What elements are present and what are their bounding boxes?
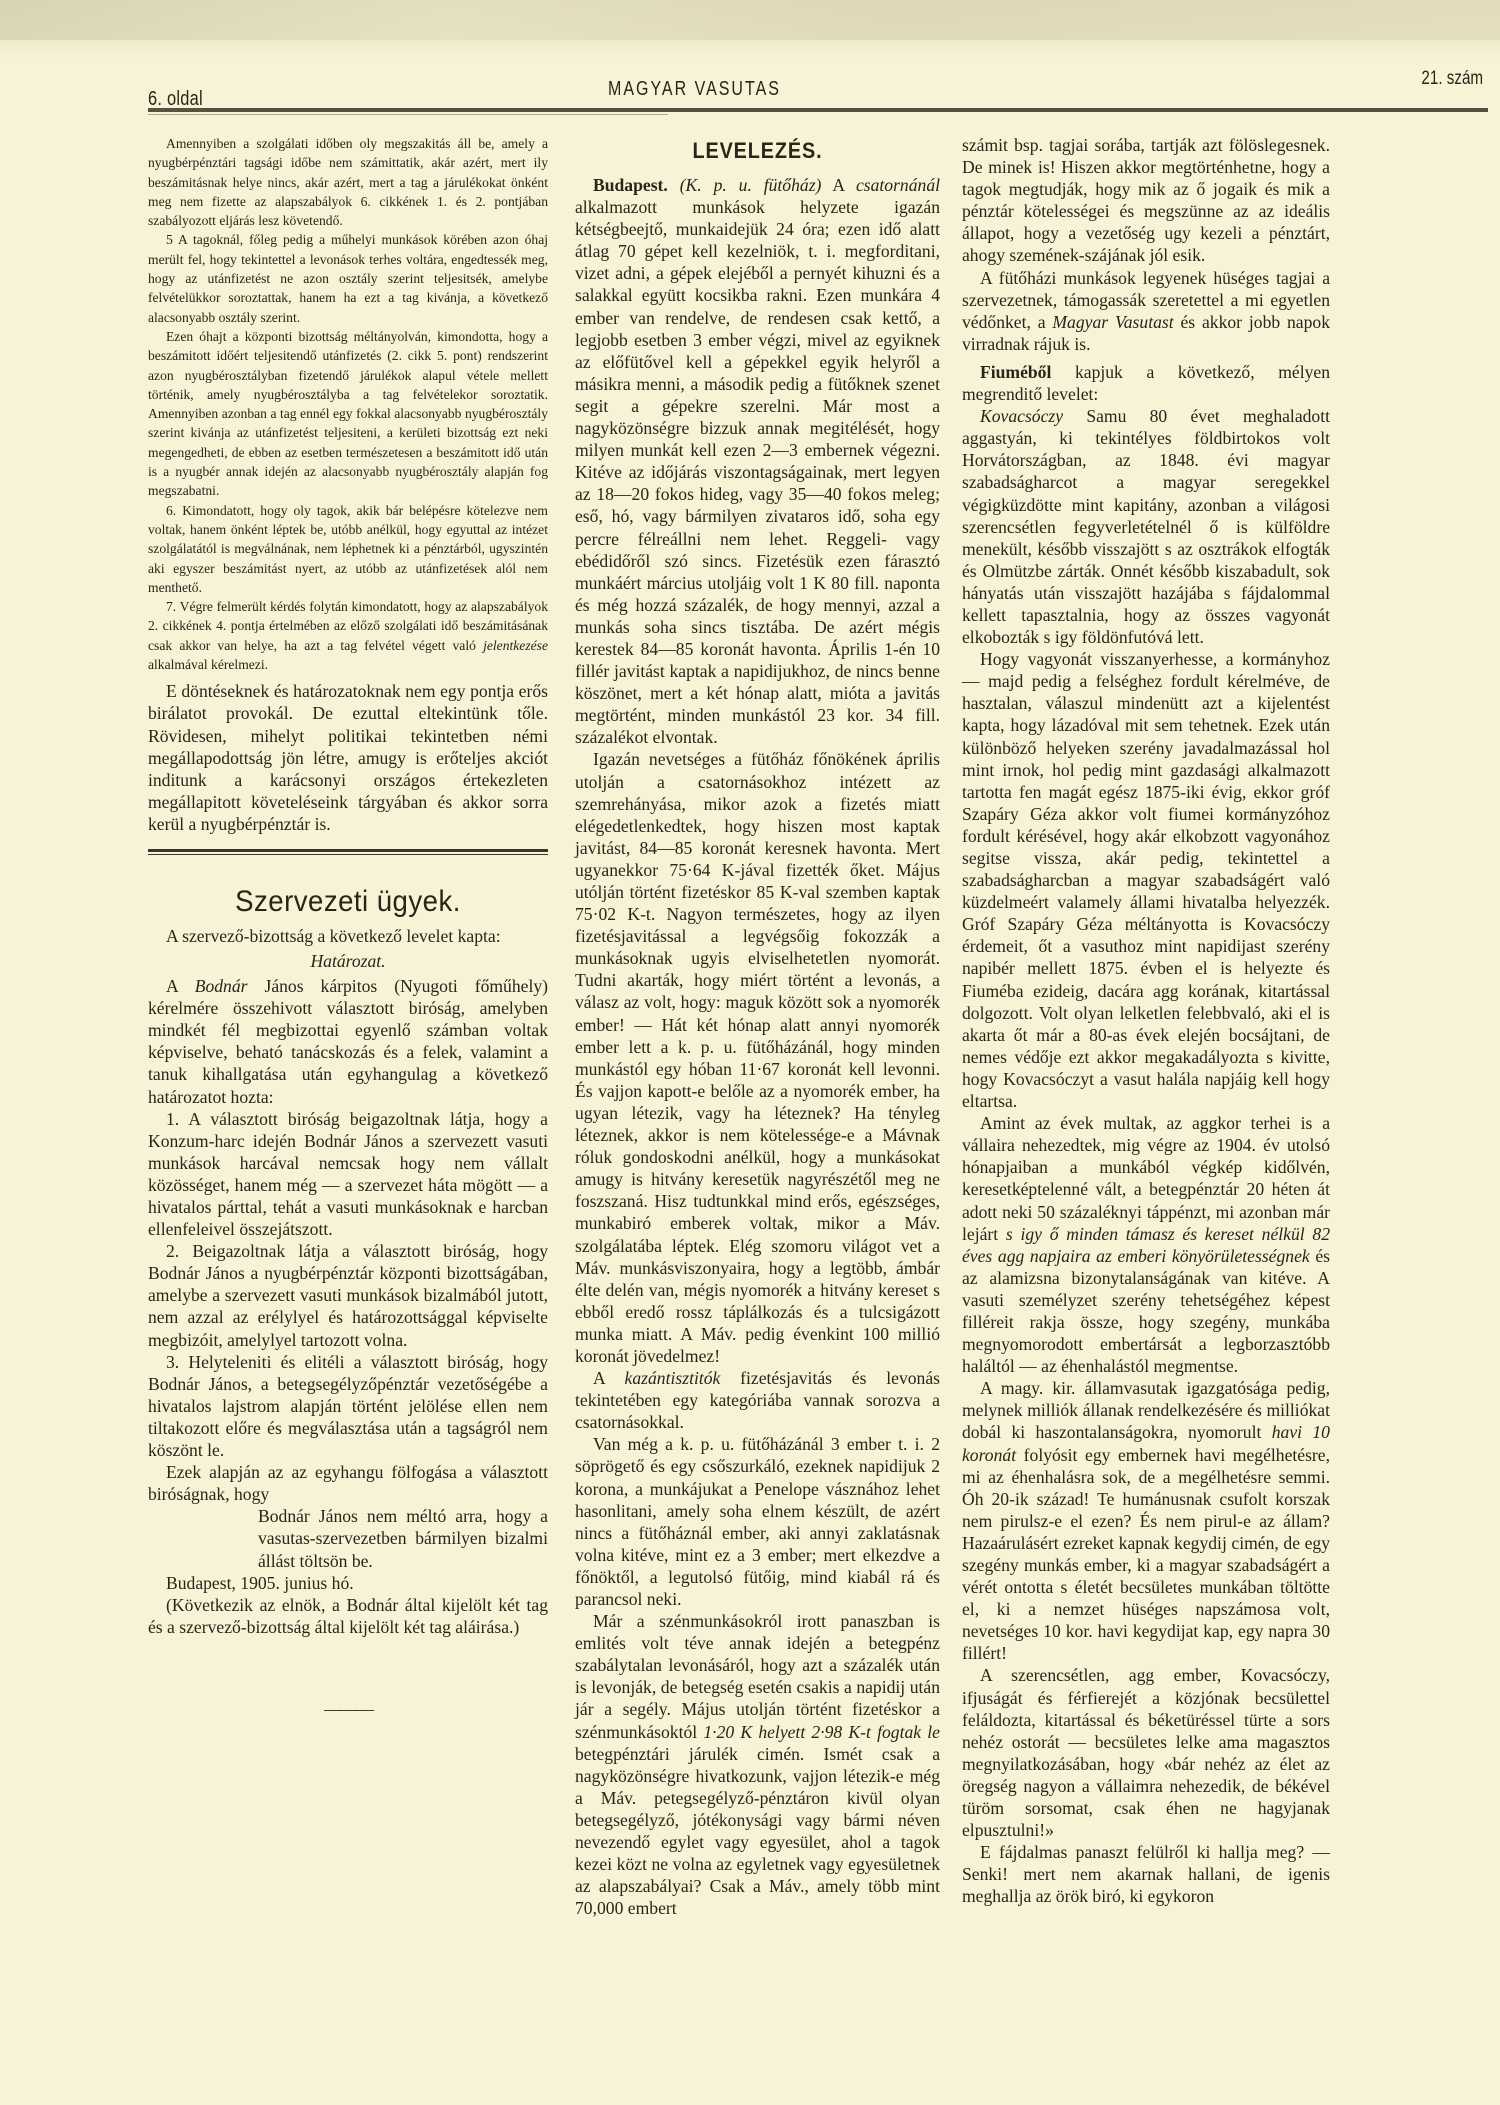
resolution-point: 2. Beigazoltnak látja a választott birós… <box>148 1240 548 1350</box>
header-rule-thin <box>148 114 668 115</box>
column-2: LEVELEZÉS. Budapest. (K. p. u. fütőház) … <box>575 134 940 1919</box>
text: alkalmazott munkások helyzete igazán két… <box>575 197 940 747</box>
levelezes-body: Budapest. (K. p. u. fütőház) A csatornán… <box>575 174 940 1919</box>
signature-note: (Következik az elnök, a Bodnár által kij… <box>148 1594 548 1638</box>
column-1: Amennyiben a szolgálati időben oly megsz… <box>148 134 548 1720</box>
verdict: Bodnár János nem méltó arra, hogy a vasu… <box>148 1505 548 1571</box>
paragraph: A kazántisztitók fizetésjavitás és levon… <box>575 1367 940 1433</box>
paragraph: Ezen óhajt a központi bizottság méltányo… <box>148 327 548 501</box>
date-line: Budapest, 1905. junius hó. <box>148 1572 548 1594</box>
paragraph: E fájdalmas panaszt felülről ki hallja m… <box>962 1841 1330 1907</box>
publication-title: MAGYAR VASUTAS <box>608 78 781 101</box>
szervezeti-ugyek-body: A szervező-bizottság a következő levelet… <box>148 925 548 1720</box>
nyugber-decisions: Amennyiben a szolgálati időben oly megsz… <box>148 134 548 674</box>
italic-text: s igy ő minden támasz és kereset nélkül … <box>962 1224 1330 1266</box>
italic-text: csatornánál <box>856 175 940 195</box>
italic-text: kazántisztitók <box>625 1368 721 1388</box>
section-divider <box>148 849 548 852</box>
paragraph: 7. Végre felmerült kérdés folytán kimond… <box>148 597 548 674</box>
section-title-levelezes: LEVELEZÉS. <box>593 138 922 164</box>
header-rule <box>148 108 1488 112</box>
paragraph: számit bsp. tagjai sorába, tartják azt f… <box>962 134 1330 267</box>
paragraph: Budapest. (K. p. u. fütőház) A csatornán… <box>575 174 940 748</box>
paragraph: Már a szénmunkásokról irott panaszban is… <box>575 1610 940 1919</box>
newspaper-page: 6. oldal MAGYAR VASUTAS 21. szám Amennyi… <box>0 0 1500 2105</box>
italic-text: jelentkezése <box>483 638 548 653</box>
paragraph: A szerencsétlen, agg ember, Kovacsóczy, … <box>962 1664 1330 1841</box>
dateline-place: Budapest. <box>593 175 668 195</box>
paragraph: A magy. kir. államvasutak igazgatósága p… <box>962 1377 1330 1664</box>
resolution-title: Határozat. <box>148 949 548 973</box>
text: A <box>166 976 195 996</box>
commentary: E döntéseknek és határozatoknak nem egy … <box>148 680 548 835</box>
italic-text: (K. p. u. fütőház) <box>680 175 822 195</box>
paragraph: 6. Kimondatott, hogy oly tagok, akik bár… <box>148 501 548 597</box>
paragraph: Kovacsóczy Samu 80 évet meghaladott agga… <box>962 405 1330 648</box>
paragraph: A Bodnár János kárpitos (Nyugoti főműhel… <box>148 975 548 1108</box>
paragraph: Ezek alapján az az egyhangu fölfogása a … <box>148 1461 548 1505</box>
italic-text: Magyar Vasutast <box>1052 312 1173 332</box>
text: A <box>821 175 856 195</box>
text: folyósit egy embernek havi megélhetésre,… <box>962 1445 1330 1664</box>
scan-edge <box>0 0 1500 40</box>
paragraph: Van még a k. p. u. fütőházánál 3 ember t… <box>575 1433 940 1610</box>
paragraph: Amint az évek multak, az aggkor terhei i… <box>962 1112 1330 1377</box>
text: Samu 80 évet meghaladott aggastyán, ki t… <box>962 406 1330 647</box>
paragraph: Hogy vagyonát visszanyerhesse, a kormány… <box>962 648 1330 1112</box>
resolution-point: 1. A választott biróság beigazoltnak lát… <box>148 1108 548 1241</box>
text: A <box>593 1368 625 1388</box>
resolution-point: 3. Helyteleniti és elitéli a választott … <box>148 1351 548 1461</box>
text: betegpénztári járulék cimén. Ismét csak … <box>575 1744 940 1919</box>
paragraph: Igazán nevetséges a fütőház főnökének áp… <box>575 748 940 1367</box>
italic-text: Bodnár <box>195 976 248 996</box>
column-3: számit bsp. tagjai sorába, tartják azt f… <box>962 134 1330 1908</box>
issue-number: 21. szám <box>1421 68 1483 90</box>
end-mark: ——— <box>148 1698 548 1720</box>
column-3-body: számit bsp. tagjai sorába, tartják azt f… <box>962 134 1330 1908</box>
paragraph: Amennyiben a szolgálati időben oly megsz… <box>148 134 548 230</box>
section-title-szervezeti: Szervezeti ügyek. <box>164 885 532 919</box>
paragraph: 5 A tagoknál, főleg pedig a műhelyi munk… <box>148 230 548 326</box>
italic-text: 1·20 K helyett 2·98 K-t fogtak le <box>703 1722 940 1742</box>
paragraph: A szervező-bizottság a következő levelet… <box>148 925 548 947</box>
dateline-place: Fiuméből <box>980 362 1051 382</box>
page-header: 6. oldal MAGYAR VASUTAS 21. szám <box>148 66 1483 126</box>
paragraph: A fütőházi munkások legyenek hüséges tag… <box>962 267 1330 355</box>
italic-text: Kovacsóczy <box>980 406 1063 426</box>
section-divider-thin <box>148 854 548 855</box>
paragraph: E döntéseknek és határozatoknak nem egy … <box>148 680 548 835</box>
paragraph: Fiuméből kapjuk a következő, mélyen megr… <box>962 361 1330 405</box>
text: alkalmával kérelmezi. <box>148 657 268 672</box>
